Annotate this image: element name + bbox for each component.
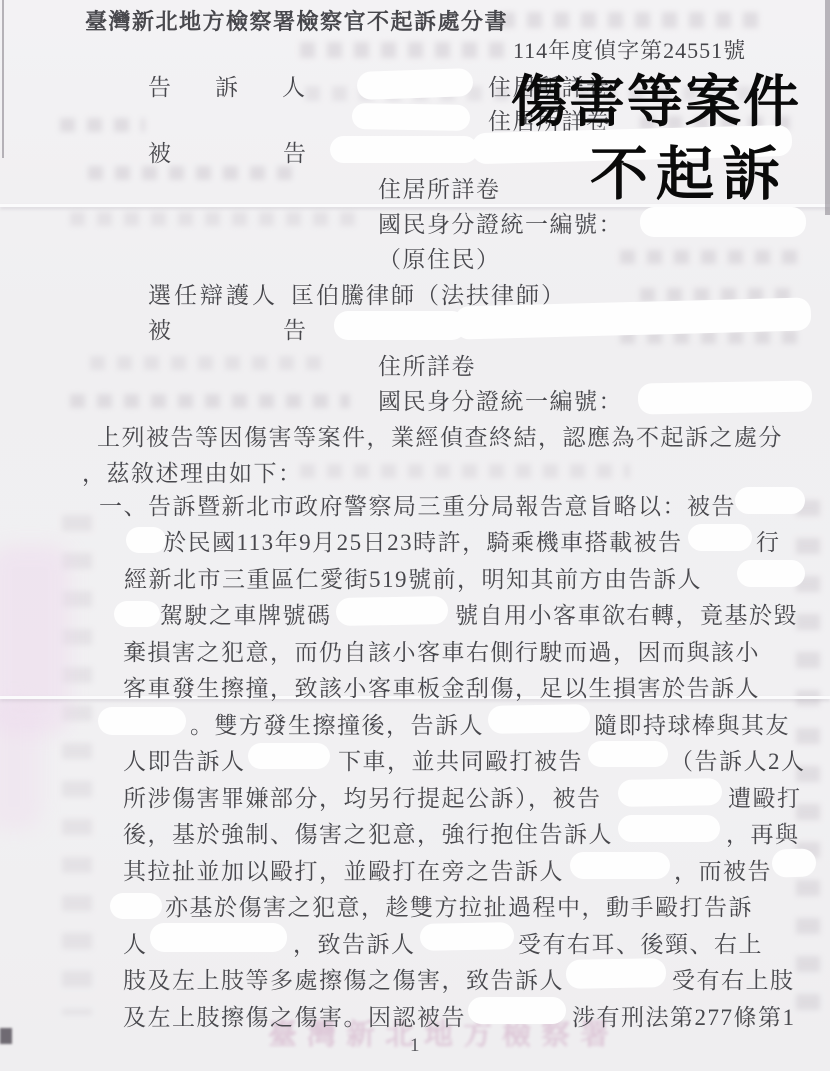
text-line-defendant2_id_label: 國民身分證統一編號： — [378, 388, 623, 417]
page-number: 1 — [410, 1035, 420, 1057]
text-line-l7a: 。雙方發生擦撞後，告訴人 — [190, 712, 484, 741]
text-line-l6: 客車發生擦撞，致該小客車板金刮傷，足以生損害於告訴人 — [123, 675, 760, 704]
text-line-l8a: 人即告訴人 — [123, 748, 246, 777]
text-line-l7b: 隨即持球棒與其友 — [594, 712, 790, 741]
redaction-box — [688, 524, 752, 551]
text-line-l14a: 肢及左上肢等多處擦傷之傷害，致告訴人 — [123, 967, 564, 996]
text-line-l14b: 受有右上肢 — [672, 967, 795, 996]
text-line-l9b: 遭毆打 — [728, 785, 802, 814]
redaction-box — [334, 311, 466, 340]
redaction-box — [468, 997, 566, 1024]
text-line-l13a: 人 — [123, 931, 148, 960]
scan-corner-speck — [0, 1028, 12, 1044]
scan-edge-line — [2, 0, 4, 158]
bleedthrough-smudge — [60, 118, 145, 132]
bleedthrough-smudge — [300, 464, 630, 478]
text-line-l8c: （告訴人2人 — [670, 748, 806, 777]
text-line-l4b: 號自用小客車欲右轉，竟基於毀 — [455, 602, 798, 631]
text-line-l13c: 受有右耳、後頸、右上 — [518, 931, 763, 960]
redaction-box — [336, 596, 448, 626]
text-line-l15b: 涉有刑法第277條第1 — [572, 1004, 796, 1033]
redaction-box — [330, 136, 478, 163]
text-line-l8b: 下車，並共同毆打被告 — [338, 748, 583, 777]
redaction-box — [150, 923, 287, 952]
text-line-p2: ，茲敘述理由如下： — [82, 460, 303, 489]
redaction-box — [98, 707, 186, 735]
text-line-l10b: ，再與 — [726, 821, 800, 850]
text-line-l2b: 行 — [756, 529, 781, 558]
text-line-l2a: 於民國113年9月25日23時許，騎乘機車搭載被告 — [163, 529, 683, 558]
pink-scan-tint — [0, 700, 42, 830]
text-line-counsel_label: 選任辯護人 — [148, 282, 278, 311]
text-line-l5: 棄損害之犯意，而仍自該小客車右側行駛而過，因而與該小 — [123, 639, 760, 668]
text-line-l11b: ，而被告 — [674, 858, 772, 887]
text-line-l13b: ，致告訴人 — [293, 931, 416, 960]
redaction-box — [126, 527, 166, 553]
bleedthrough-smudge — [300, 42, 505, 58]
text-line-defendant1_note: （原住民） — [378, 246, 501, 275]
redaction-box — [618, 815, 720, 842]
bleedthrough-smudge — [620, 250, 800, 264]
text-line-l3: 經新北市三重區仁愛街519號前，明知其前方由告訴人 — [124, 566, 702, 595]
text-line-l9a: 所涉傷害罪嫌部分，均另行提起公訴），被告 — [123, 785, 602, 814]
redaction-box — [640, 207, 806, 237]
bleedthrough-smudge — [500, 12, 770, 28]
redaction-box — [618, 778, 722, 807]
redaction-box — [638, 380, 813, 414]
scanned-document-page: 臺灣新北地方檢察署 臺灣新北地方檢察署檢察官不起訴處分書114年度偵字第2455… — [0, 0, 830, 1071]
text-line-l1: 一、告訴暨新北市政府警察局三重分局報告意旨略以：被告 — [99, 493, 736, 522]
text-line-l11a: 其拉扯並加以毆打，並毆打在旁之告訴人 — [123, 858, 564, 887]
text-line-l12: 亦基於傷害之犯意，趁雙方拉扯過程中，動手毆打告訴 — [165, 894, 753, 923]
text-line-l15a: 及左上肢擦傷之傷害。因認被告 — [123, 1004, 466, 1033]
text-line-defendant2_address: 住所詳卷 — [378, 353, 476, 382]
redaction-box — [248, 743, 330, 769]
scan-edge-shadow — [825, 0, 830, 215]
text-line-p1: 上列被告等因傷害等案件，業經偵查終結，認應為不起訴之處分 — [97, 424, 783, 453]
text-line-title: 臺灣新北地方檢察署檢察官不起訴處分書 — [85, 8, 508, 36]
redaction-box — [420, 922, 514, 951]
annotation-outcome: 不起訴 — [590, 146, 788, 204]
bleedthrough-smudge — [70, 394, 350, 408]
text-line-defendant1_address: 住居所詳卷 — [378, 176, 501, 205]
redaction-box — [352, 103, 470, 131]
redaction-box — [114, 601, 160, 627]
redaction-box — [570, 852, 670, 879]
text-line-complainant_label: 告訴人 — [148, 74, 349, 103]
annotation-case-type: 傷害等案件 — [511, 74, 801, 130]
redaction-box — [488, 704, 590, 734]
text-line-case_number: 114年度偵字第24551號 — [513, 37, 746, 65]
redaction-box — [566, 958, 666, 989]
redaction-box — [110, 893, 162, 919]
text-line-l4a: 駕駛之車牌號碼 — [160, 602, 332, 631]
redaction-box — [772, 848, 817, 878]
redaction-box — [357, 68, 474, 100]
bleedthrough-smudge — [70, 212, 360, 226]
bleedthrough-smudge — [90, 356, 330, 370]
redaction-box — [588, 741, 668, 767]
text-line-defendant1_id_label: 國民身分證統一編號： — [378, 211, 623, 240]
redaction-box — [737, 560, 805, 587]
text-line-l10a: 後，基於強制、傷害之犯意，強行抱住告訴人 — [123, 821, 613, 850]
redaction-box — [735, 487, 805, 514]
